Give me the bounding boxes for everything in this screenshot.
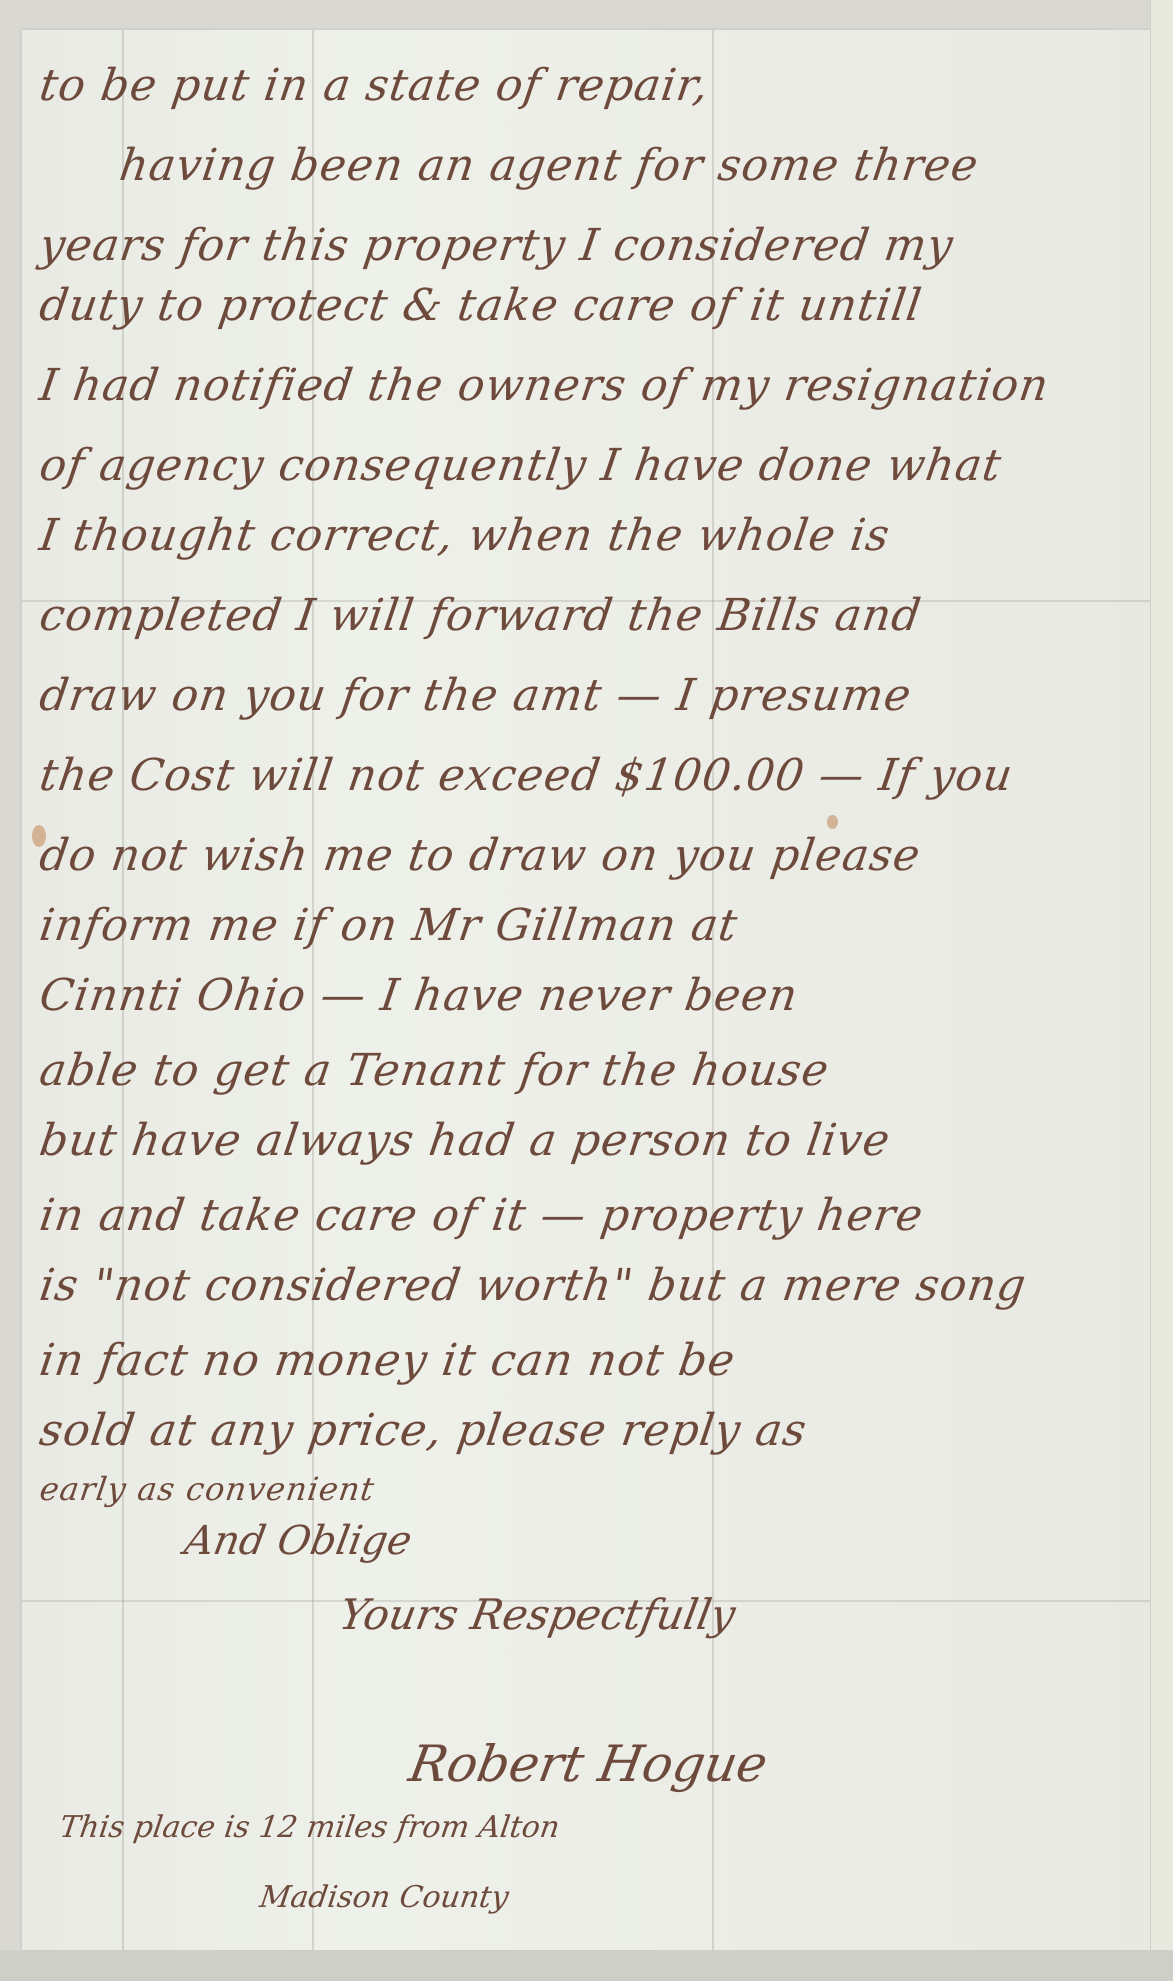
letter-line: years for this property I considered my (36, 220, 956, 271)
letter-line: I had notified the owners of my resignat… (36, 360, 1052, 411)
letter-line: draw on you for the amt — I presume (36, 670, 914, 721)
closing-salutation: Yours Respectfully (336, 1590, 739, 1639)
letter-line: duty to protect & take care of it untill (36, 280, 925, 331)
letter-line: in and take care of it — property here (36, 1190, 926, 1241)
letter-line: able to get a Tenant for the house (36, 1045, 832, 1096)
ink-stain (827, 815, 838, 829)
letter-line: early as convenient (37, 1470, 377, 1508)
letter-line: inform me if on Mr Gillman at (36, 900, 741, 951)
signature: Robert Hogue (405, 1735, 772, 1793)
postscript-line: Madison County (258, 1880, 511, 1915)
letter-line: but have always had a person to live (36, 1115, 893, 1166)
letter-line: I thought correct, when the whole is (36, 510, 893, 561)
letter-line: is "not considered worth" but a mere son… (36, 1260, 1029, 1311)
letter-line: of agency consequently I have done what (36, 440, 1005, 491)
letter-line: do not wish me to draw on you please (36, 830, 924, 881)
background-surface (0, 1950, 1173, 1981)
closing-phrase: And Oblige (181, 1518, 415, 1564)
letter-line: Cinnti Ohio — I have never been (36, 970, 801, 1021)
letter-line: completed I will forward the Bills and (36, 590, 924, 641)
postscript-line: This place is 12 miles from Alton (58, 1810, 562, 1845)
letter-line: sold at any price, please reply as (36, 1405, 810, 1456)
letter-line: the Cost will not exceed $100.00 — If yo… (36, 750, 1016, 801)
letter-line: having been an agent for some three (116, 140, 981, 191)
adjacent-page-edge (1150, 0, 1173, 1981)
letter-line: to be put in a state of repair, (36, 60, 712, 111)
letter-line: in fact no money it can not be (36, 1335, 738, 1386)
